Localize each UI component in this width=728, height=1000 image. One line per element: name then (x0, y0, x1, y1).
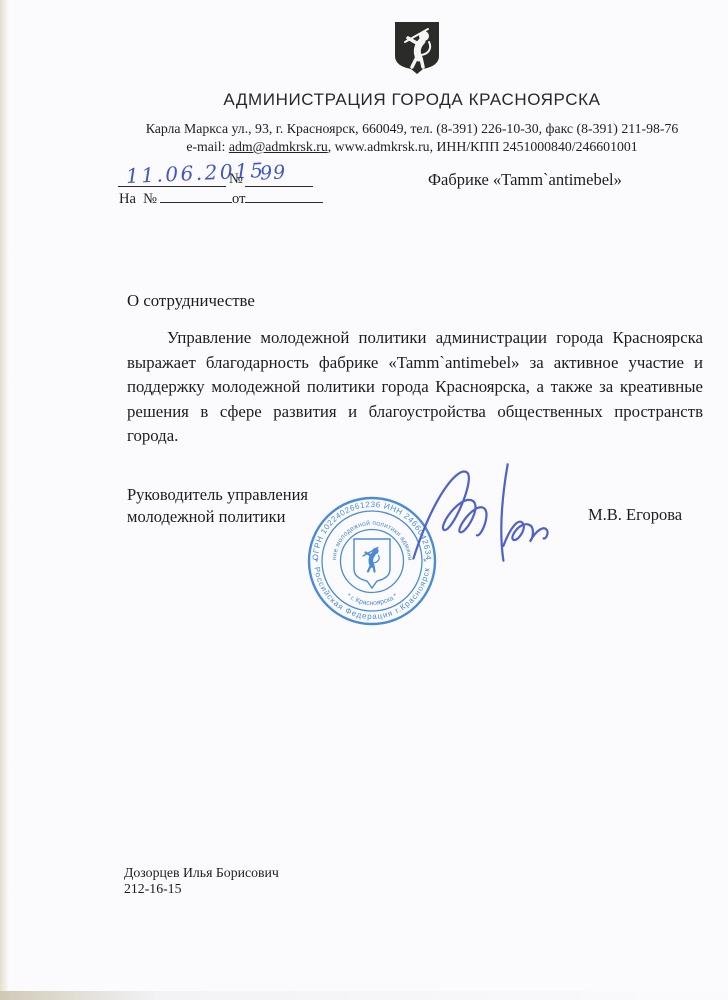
subject-line: О сотрудничестве (127, 291, 255, 311)
contacts-line: e-mail: adm@admkrsk.ru, www.admkrsk.ru, … (96, 138, 728, 156)
date-underline (118, 186, 226, 187)
reply-prefix: На (119, 191, 136, 207)
contacts-rest: , www.admkrsk.ru, ИНН/КПП 2451000840/246… (328, 139, 638, 154)
organization-title: АДМИНИСТРАЦИЯ ГОРОДА КРАСНОЯРСКА (96, 90, 728, 110)
stamp-country-text: Российская Федерация г.Красноярск (312, 566, 431, 621)
reply-date-blank (245, 188, 323, 203)
letter-page: АДМИНИСТРАЦИЯ ГОРОДА КРАСНОЯРСКА Карла М… (0, 0, 728, 1000)
scan-edge-bottom (0, 991, 728, 1000)
addressee: Фабрике «Tamm`antimebel» (428, 170, 622, 190)
reply-number-sign: № (143, 191, 157, 207)
reference-block: 11.06.2015 № 99 На №от (118, 163, 328, 209)
executor-name: Дозорцев Илья Борисович (124, 865, 279, 881)
email-prefix: e-mail: (186, 139, 229, 154)
reply-from-label: от (232, 191, 245, 207)
scan-edge-left (0, 0, 9, 1000)
reply-number-blank (160, 188, 232, 203)
stamp-city-text: * г. Красноярска * (345, 592, 399, 607)
krasnoyarsk-coat-of-arms-icon (393, 21, 441, 75)
letter-body: Управление молодежной политики администр… (127, 326, 703, 449)
reply-reference-line: На №от (119, 188, 323, 208)
stamp-lion-figure (363, 548, 379, 572)
letterhead: АДМИНИСТРАЦИЯ ГОРОДА КРАСНОЯРСКА Карла М… (96, 90, 728, 156)
signer-name: М.В. Егорова (588, 505, 682, 525)
executor-block: Дозорцев Илья Борисович 212-16-15 (124, 865, 279, 897)
executor-phone: 212-16-15 (124, 881, 279, 897)
number-sign: № (229, 171, 243, 188)
stamp-left-star: * (315, 557, 319, 567)
signer-position-line1: Руководитель управления (127, 484, 308, 506)
handwritten-date: 11.06.2015 (126, 158, 266, 188)
signer-position: Руководитель управления молодежной полит… (127, 484, 308, 527)
email-address: adm@admkrsk.ru (229, 139, 328, 154)
address-line: Карла Маркса ул., 93, г. Красноярск, 660… (96, 120, 728, 138)
number-underline (245, 186, 313, 187)
handwritten-number: 99 (259, 161, 286, 184)
handwritten-signature (392, 459, 564, 567)
signer-position-line2: молодежной политики (127, 506, 308, 528)
